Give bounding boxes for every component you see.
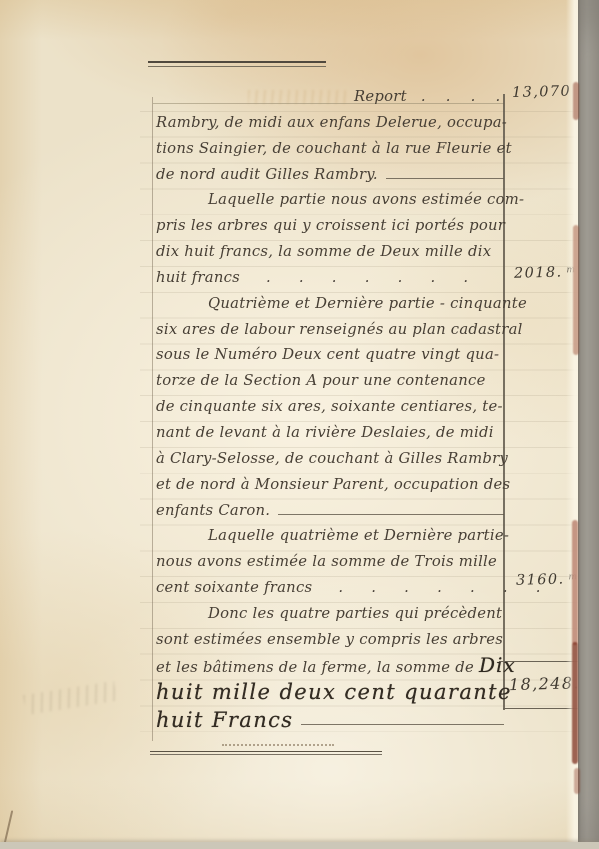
fore-edge-marbling-streak [572,642,578,764]
dot-leader: . . . . . . . [240,269,468,286]
bottom-double-rule [150,751,382,755]
manuscript-line-paragraph-end: de nord audit Gilles Rambry. [156,162,504,188]
manuscript-line-text: de nord audit Gilles Rambry. [156,162,378,188]
manuscript-line: Laquelle partie nous avons estimée com- [156,187,504,213]
report-label: Report [354,88,407,105]
manuscript-line-with-leader: cent soixante francs. . . . . . . [156,575,504,601]
paragraph-end-rule [386,178,504,179]
manuscript-page: Report. . . . Rambry, de midi aux enfans… [0,0,599,849]
left-margin-rule [152,97,153,741]
fore-edge-marbling-streak [572,520,578,645]
manuscript-line: et de nord à Monsieur Parent, occupation… [156,472,504,498]
fore-edge-marbling-streak [574,768,580,794]
manuscript-line-text: et les bâtimens de la ferme, la somme de [156,659,479,676]
manuscript-line-paragraph-end: enfants Caron. [156,498,504,524]
paragraph-end-rule [278,514,504,515]
manuscript-line: torze de la Section A pour une contenanc… [156,368,504,394]
faint-offset-ink-mark [23,681,117,715]
dot-leader: . . . . [407,88,501,105]
manuscript-line: à Clary-Selosse, de couchant à Gilles Ra… [156,446,504,472]
manuscript-line-large-hand: huit mille deux cent quarante [156,678,504,706]
top-double-rule [148,61,326,67]
manuscript-line: Quatrième et Dernière partie - cinquante [156,291,504,317]
manuscript-line: sont estimées ensemble y compris les arb… [156,627,504,653]
amount-value: 3160. [516,572,565,589]
manuscript-line: Rambry, de midi aux enfans Delerue, occu… [156,110,504,136]
manuscript-line-with-leader: huit francs. . . . . . . [156,265,504,291]
manuscript-line-text: huit Francs [156,706,293,734]
manuscript-line: pris les arbres qui y croissent ici port… [156,213,504,239]
manuscript-line: et les bâtimens de la ferme, la somme de… [156,653,504,679]
manuscript-line-large-hand-end: huit Francs [156,706,504,734]
manuscript-line: Laquelle quatrième et Dernière partie- [156,523,504,549]
manuscript-line: Donc les quatre parties qui précèdent [156,601,504,627]
manuscript-line-text: enfants Caron. [156,498,270,524]
emphasized-word: Dix [479,653,516,677]
manuscript-line: tions Saingier, de couchant à la rue Fle… [156,136,504,162]
scan-bottom-strip [0,842,599,849]
manuscript-line: sous le Numéro Deux cent quatre vingt qu… [156,342,504,368]
manuscript-line-text: huit francs [156,269,240,286]
manuscript-line: nous avons estimée la somme de Trois mil… [156,549,504,575]
manuscript-line: de cinquante six ares, soixante centiare… [156,394,504,420]
manuscript-line: dix huit francs, la somme de Deux mille … [156,239,504,265]
fore-edge-marbling-streak [573,82,579,120]
report-line: Report. . . . [156,84,504,110]
scan-background-strip [578,0,599,849]
paragraph-end-rule [301,724,504,725]
manuscript-line-text: cent soixante francs [156,579,312,596]
amount-value: 2018. [514,265,563,282]
fore-edge-marbling-streak [573,225,579,355]
manuscript-text-column: Report. . . . Rambry, de midi aux enfans… [156,84,504,734]
dot-leader: . . . . . . . [312,579,540,596]
manuscript-line: six ares de labour renseignés au plan ca… [156,317,504,343]
manuscript-line: nant de levant à la rivière Deslaies, de… [156,420,504,446]
faded-ink-dots [222,744,334,746]
